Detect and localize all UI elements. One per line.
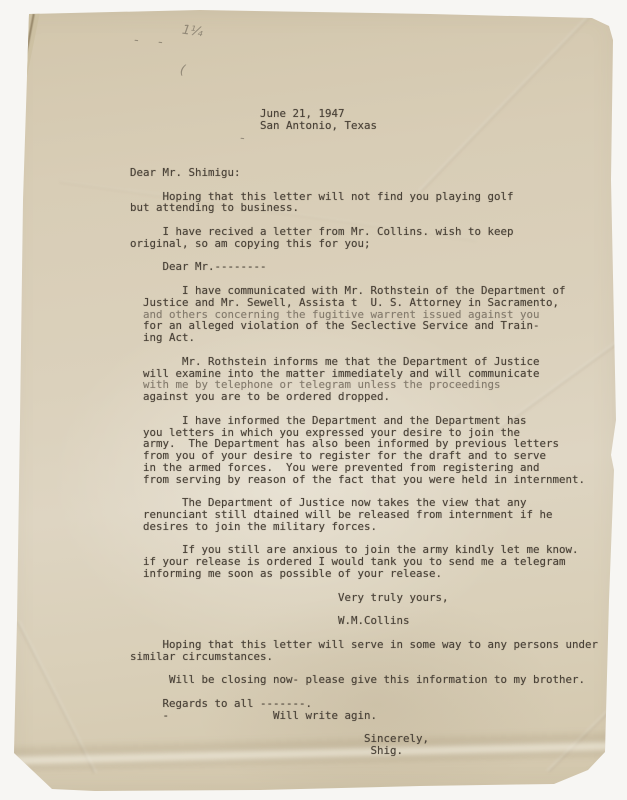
paper-sheet: June 21, 1947 San Antonio, Texas Dear Mr… (0, 0, 627, 800)
paper-fold-top-left (0, 0, 60, 110)
letter-line: San Antonio, Texas (130, 120, 622, 132)
pencil-mark: - (157, 35, 164, 51)
letter-line: Regards to all -------. (130, 698, 622, 710)
letter-line: W.M.Collins (130, 615, 622, 627)
pencil-mark: - (133, 33, 140, 49)
letter-line: I have informed the Department and the D… (130, 415, 622, 427)
letter-line (130, 132, 622, 144)
pencil-mark: 1¼ (181, 23, 204, 41)
letter-line: Shig. (130, 745, 622, 757)
letter-line (130, 344, 622, 356)
letter-line (130, 580, 622, 592)
letter-line (130, 143, 622, 155)
letter-line: I have communicated with Mr. Rothstein o… (130, 285, 622, 297)
letter-line: - Will write agin. (130, 710, 622, 722)
scanned-letter-page: June 21, 1947 San Antonio, Texas Dear Mr… (0, 0, 627, 800)
letter-line: ing Act. (130, 332, 622, 344)
letter-line: Hoping that this letter will serve in so… (130, 639, 622, 651)
letter-line: I have recived a letter from Mr. Collins… (130, 226, 622, 238)
letter-line: original, so am copying this for you; (130, 238, 622, 250)
letter-line: Justice and Mr. Sewell, Assista t U. S. … (130, 297, 622, 309)
pencil-mark: ( (179, 63, 186, 79)
paper-fold-crease-line (18, 14, 35, 94)
letter-line: from serving by reason of the fact that … (130, 474, 622, 486)
letter-line: desires to join the military forces. (130, 521, 622, 533)
letter-line: but attending to business. (130, 202, 622, 214)
letter-line: similar circumstances. (130, 651, 622, 663)
letter-line: Very truly yours, (130, 592, 622, 604)
letter-body: June 21, 1947 San Antonio, Texas Dear Mr… (130, 108, 622, 757)
letter-line: against you are to be ordered dropped. (130, 391, 622, 403)
letter-line (130, 179, 622, 191)
letter-line: for an alleged violation of the Seclecti… (130, 320, 622, 332)
letter-line: Dear Mr.-------- (130, 261, 622, 273)
letter-line: Will be closing now- please give this in… (130, 674, 622, 686)
letter-line: in the armed forces. You were prevented … (130, 462, 622, 474)
letter-line: informing me soon as possible of your re… (130, 568, 622, 580)
letter-line (130, 403, 622, 415)
letter-line: Dear Mr. Shimigu: (130, 167, 622, 179)
letter-line: Mr. Rothstein informs me that the Depart… (130, 356, 622, 368)
